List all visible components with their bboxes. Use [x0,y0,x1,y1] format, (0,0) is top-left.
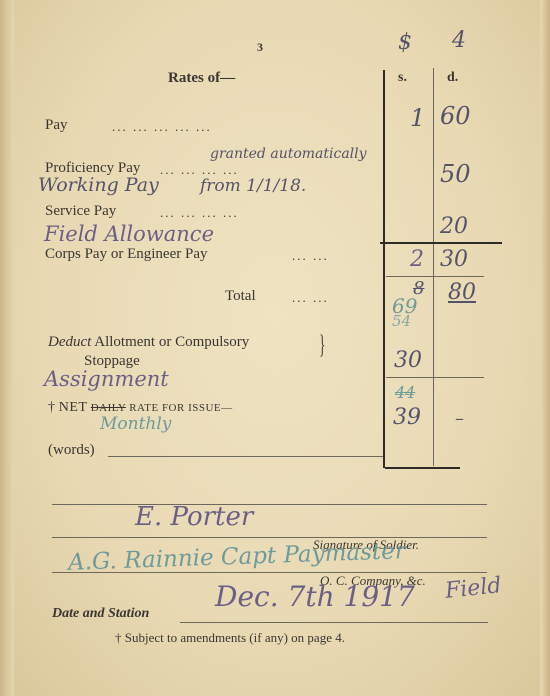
pay-pence: 60 [440,102,471,130]
annotation-granted-automatically: granted automatically [210,146,367,162]
page-right-edge [540,0,550,696]
deduct-prefix: Deduct [48,334,91,350]
row-label-corps-pay: Corps Pay or Engineer Pay [45,246,207,263]
words-field-line[interactable] [108,456,383,457]
total-dots: ... ... [292,290,329,306]
net-suffix: RATE FOR ISSUE— [129,402,232,414]
proficiency-pence: 50 [440,160,471,188]
date-station-line [180,622,488,623]
row-label-service-pay: Service Pay [45,203,116,220]
brace-icon: } [319,330,325,360]
handwritten-assignment: Assignment [44,367,169,391]
handwritten-shilling-mark: $ [398,30,412,55]
column-header-shillings: s. [398,70,407,86]
total-rule [386,276,484,277]
handwritten-working-pay: Working Pay [38,174,159,196]
handwritten-monthly: Monthly [100,414,171,434]
pay-shillings: 1 [410,104,425,132]
handwritten-field-allowance: Field Allowance [44,222,214,246]
pay-book-page: 3 $ 4 Rates of— s. d. Pay ... ... ... ..… [0,0,550,696]
officer-signature[interactable]: A.G. Rainnie Capt Paymaster [68,538,407,576]
daily-struck: DAILY [91,402,126,414]
annotation-from-date: from 1/1/18. [200,176,306,196]
signature-line-top [52,504,487,505]
date-value[interactable]: Dec. 7th 1917 [215,580,415,613]
service-pence: 20 [440,214,468,239]
column-divider-middle [433,68,434,466]
total-shillings-overwritten: 54 [392,312,411,330]
net-shillings-struck: 44 [395,383,415,402]
net-shillings: 39 [393,405,421,430]
rates-title: Rates of— [168,70,235,87]
total-pence: 80 [448,280,476,305]
subtotal-rule [380,242,502,244]
page-left-edge [0,0,14,696]
station-value[interactable]: Field [444,573,503,604]
net-rule [386,377,484,378]
deduct-text: Allotment or Compulsory [94,334,249,350]
corps-pence: 30 [440,247,468,272]
row-dots-pay: ... ... ... ... ... [112,119,212,135]
date-station-label: Date and Station [52,606,149,622]
column-bottom-rule [385,467,460,469]
row-dots-service: ... ... ... ... [160,205,239,221]
page-number: 3 [257,40,263,55]
net-pence: – [455,408,464,429]
footnote: † Subject to amendments (if any) on page… [115,630,345,646]
deduct-shillings: 30 [394,348,422,373]
corps-shillings: 2 [410,247,424,272]
row-label-pay: Pay [45,117,68,134]
net-prefix: NET [59,400,88,415]
soldier-signature-line [52,537,487,538]
total-label: Total [225,288,256,305]
dagger-mark: † [48,400,56,415]
handwritten-pence-mark: 4 [452,28,466,53]
deduct-label: Deduct Allotment or Compulsory [48,334,249,351]
words-label: (words) [48,442,95,459]
soldier-signature[interactable]: E. Porter [135,502,253,532]
column-header-pence: d. [447,70,458,86]
row-dots-corps: ... ... [292,248,329,264]
column-divider-left [383,70,385,468]
